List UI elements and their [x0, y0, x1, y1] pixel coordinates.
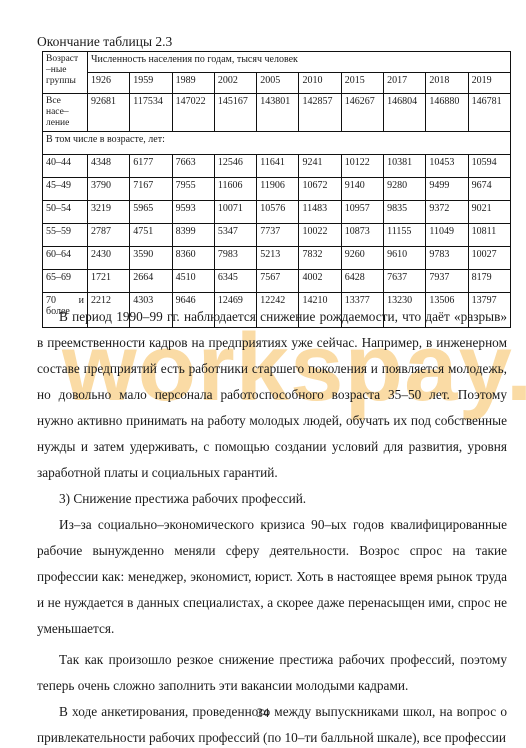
cell-value: 7955 [172, 178, 214, 201]
cell-value: 9593 [172, 201, 214, 224]
table-row: 40–4443486177766312546116419241101221038… [43, 155, 511, 178]
cell-value: 11049 [426, 224, 468, 247]
year-header: 2017 [384, 73, 426, 94]
cell-value: 10381 [384, 155, 426, 178]
table-row: 45–4937907167795511606119061067291409280… [43, 178, 511, 201]
total-value: 147022 [172, 94, 214, 132]
year-header: 2018 [426, 73, 468, 94]
total-value: 142857 [299, 94, 341, 132]
years-header-row: 1926195919892002200520102015201720182019 [43, 73, 511, 94]
cell-value: 9783 [426, 247, 468, 270]
cell-value: 10672 [299, 178, 341, 201]
cell-value: 7983 [214, 247, 256, 270]
cell-value: 10122 [341, 155, 383, 178]
age-group-header: Возраст –ные группы [43, 52, 88, 94]
total-value: 146880 [426, 94, 468, 132]
cell-value: 4002 [299, 270, 341, 293]
cell-value: 7832 [299, 247, 341, 270]
cell-value: 11483 [299, 201, 341, 224]
table-row: 50–5432195965959310071105761148310957983… [43, 201, 511, 224]
cell-value: 1721 [88, 270, 130, 293]
year-header: 1959 [130, 73, 172, 94]
cell-value: 3590 [130, 247, 172, 270]
age-group-label: 40–44 [43, 155, 88, 178]
cell-value: 2787 [88, 224, 130, 247]
paragraph: 3) Снижение престижа рабочих профессий. [37, 486, 507, 512]
total-value: 145167 [214, 94, 256, 132]
cell-value: 6345 [214, 270, 256, 293]
year-header: 1926 [88, 73, 130, 94]
cell-value: 4510 [172, 270, 214, 293]
cell-value: 11641 [257, 155, 299, 178]
cell-value: 9372 [426, 201, 468, 224]
cell-value: 8179 [468, 270, 510, 293]
cell-value: 5965 [130, 201, 172, 224]
paragraph: Так как произошло резкое снижение прести… [37, 647, 507, 699]
cell-value: 4751 [130, 224, 172, 247]
cell-value: 8399 [172, 224, 214, 247]
cell-value: 5347 [214, 224, 256, 247]
cell-value: 9835 [384, 201, 426, 224]
cell-value: 10873 [341, 224, 383, 247]
cell-value: 9499 [426, 178, 468, 201]
cell-value: 10071 [214, 201, 256, 224]
cell-value: 6428 [341, 270, 383, 293]
population-span-header: Численность населения по годам, тысяч че… [88, 52, 511, 73]
cell-value: 10811 [468, 224, 510, 247]
cell-value: 10594 [468, 155, 510, 178]
cell-value: 10453 [426, 155, 468, 178]
cell-value: 11155 [384, 224, 426, 247]
table-caption: Окончание таблицы 2.3 [37, 34, 172, 50]
cell-value: 7737 [257, 224, 299, 247]
cell-value: 10576 [257, 201, 299, 224]
paragraph: В период 1990–99 гг. наблюдается снижени… [37, 304, 507, 486]
age-group-label: 65–69 [43, 270, 88, 293]
cell-value: 9241 [299, 155, 341, 178]
cell-value: 7663 [172, 155, 214, 178]
cell-value: 2430 [88, 247, 130, 270]
total-value: 92681 [88, 94, 130, 132]
population-table: Возраст –ные группы Численность населени… [42, 51, 511, 328]
total-value: 146267 [341, 94, 383, 132]
year-header: 2015 [341, 73, 383, 94]
table-row: 55–5927874751839953477737100221087311155… [43, 224, 511, 247]
cell-value: 10027 [468, 247, 510, 270]
total-value: 143801 [257, 94, 299, 132]
page-number: 34 [0, 706, 526, 721]
cell-value: 11606 [214, 178, 256, 201]
cell-value: 12546 [214, 155, 256, 178]
year-header: 1989 [172, 73, 214, 94]
year-header: 2019 [468, 73, 510, 94]
cell-value: 11906 [257, 178, 299, 201]
table-row: 60–6424303590836079835213783292609610978… [43, 247, 511, 270]
cell-value: 3790 [88, 178, 130, 201]
cell-value: 9021 [468, 201, 510, 224]
cell-value: 4348 [88, 155, 130, 178]
age-group-label: 50–54 [43, 201, 88, 224]
cell-value: 7567 [257, 270, 299, 293]
cell-value: 2664 [130, 270, 172, 293]
year-header: 2010 [299, 73, 341, 94]
year-header: 2002 [214, 73, 256, 94]
total-value: 146781 [468, 94, 510, 132]
total-value: 146804 [384, 94, 426, 132]
age-subheader: В том числе в возрасте, лет: [43, 132, 511, 155]
cell-value: 10957 [341, 201, 383, 224]
cell-value: 8360 [172, 247, 214, 270]
cell-value: 9674 [468, 178, 510, 201]
cell-value: 5213 [257, 247, 299, 270]
table-row: 65–6917212664451063457567400264287637793… [43, 270, 511, 293]
cell-value: 9280 [384, 178, 426, 201]
cell-value: 6177 [130, 155, 172, 178]
total-label: Все насе– ление [43, 94, 88, 132]
cell-value: 9140 [341, 178, 383, 201]
cell-value: 7637 [384, 270, 426, 293]
year-header: 2005 [257, 73, 299, 94]
cell-value: 7167 [130, 178, 172, 201]
body-text: В период 1990–99 гг. наблюдается снижени… [37, 304, 507, 748]
paragraph: Из–за социально–экономического кризиса 9… [37, 512, 507, 642]
cell-value: 9610 [384, 247, 426, 270]
cell-value: 7937 [426, 270, 468, 293]
total-value: 117534 [130, 94, 172, 132]
age-group-label: 45–49 [43, 178, 88, 201]
cell-value: 3219 [88, 201, 130, 224]
cell-value: 9260 [341, 247, 383, 270]
cell-value: 10022 [299, 224, 341, 247]
age-group-label: 55–59 [43, 224, 88, 247]
total-population-row: Все насе– ление 926811175341470221451671… [43, 94, 511, 132]
age-group-label: 60–64 [43, 247, 88, 270]
